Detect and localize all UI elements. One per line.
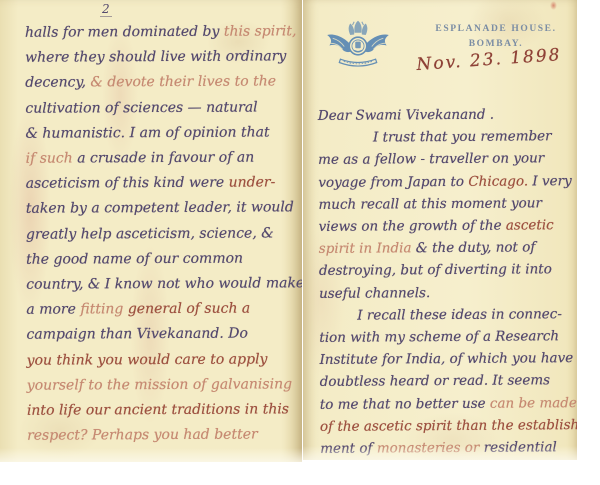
handwritten-line: Dear Swami Vivekanand . xyxy=(318,103,572,127)
handwriting-segment: campaign than Vivekanand. Do xyxy=(26,326,247,343)
handwriting-segment: cultivation of sciences — natural xyxy=(25,99,257,116)
winged-crest-icon xyxy=(325,13,391,79)
handwriting-segment: I trust that you remember xyxy=(373,128,552,145)
handwriting-segment: greatly help asceticism, science, & xyxy=(26,225,274,242)
handwriting-segment: to me that no better use xyxy=(320,395,490,412)
page-number: 2 xyxy=(100,2,112,17)
handwriting-segment: Dear Swami Vivekanand . xyxy=(318,107,494,124)
handwriting-segment: country, & I know not who would make xyxy=(26,275,302,292)
handwriting-segment: into life our ancient traditions in this xyxy=(27,401,289,418)
handwritten-line: decency, & devote their lives to the xyxy=(25,70,299,97)
handwriting-segment: where they should live with ordinary xyxy=(25,49,286,66)
handwriting-segment: taken by a competent leader, it would xyxy=(26,200,294,217)
handwriting-segment: yourself to the mission of galvanising xyxy=(27,376,292,393)
handwriting-segment: this spirit, xyxy=(224,23,297,39)
handwriting-segment: me as a fellow - traveller on your xyxy=(318,151,544,169)
handwritten-line: much recall at this moment your xyxy=(318,192,572,216)
handwriting-segment: under- xyxy=(229,175,276,191)
handwritten-line: if such a crusade in favour of an xyxy=(26,145,300,172)
handwriting-segment: of the ascetic spirit than the establish… xyxy=(320,417,577,435)
handwriting-segment: I recall these ideas in connec- xyxy=(357,306,562,323)
handwriting-segment: I very xyxy=(528,173,572,189)
handwritten-line: to me that no better use can be made xyxy=(320,392,574,416)
handwriting-segment: the good name of our common xyxy=(26,250,243,267)
handwriting-segment: asceticism of this kind were xyxy=(26,175,229,192)
handwritten-line: voyage from Japan to Chicago. I very xyxy=(318,170,572,194)
handwriting-segment: views on the growth of the xyxy=(319,218,506,235)
handwritten-line: of the ascetic spirit than the establish… xyxy=(320,414,574,438)
handwriting-segment: monasteries or xyxy=(377,440,484,457)
handwriting-segment: useful channels. xyxy=(319,285,430,302)
handwritten-line: greatly help asceticism, science, & xyxy=(26,221,300,248)
handwriting-segment: fitting xyxy=(80,301,128,317)
handwritten-line: country, & I know not who would make xyxy=(26,271,300,298)
letter-scan: 2 halls for men dominated by this spirit… xyxy=(0,0,600,485)
handwritten-line: the good name of our common xyxy=(26,246,300,273)
handwritten-line: respect? Perhaps you had better xyxy=(27,423,301,450)
handwriting-segment: can be made xyxy=(490,395,577,412)
handwritten-line: doubtless heard or read. It seems xyxy=(320,370,574,394)
letter-page-right: ESPLANADE HOUSE. BOMBAY. Nov. 23. 1898 D… xyxy=(303,0,577,460)
handwriting-segment: ment of xyxy=(320,441,377,457)
handwritten-line: cultivation of sciences — natural xyxy=(25,95,299,122)
handwriting-segment: you think you would care to apply xyxy=(27,351,268,368)
handwriting-segment: general of such a xyxy=(128,301,251,318)
page-left-handwriting: halls for men dominated by this spirit,w… xyxy=(25,19,301,449)
handwritten-line: you think you would care to apply xyxy=(27,347,301,374)
handwriting-segment: & devote their lives to the xyxy=(90,74,276,91)
handwritten-line: I trust that you remember xyxy=(318,125,572,149)
handwriting-segment: & humanistic. I am of opinion that xyxy=(25,124,269,141)
handwritten-line: destroying, but of diverting it into xyxy=(319,259,573,283)
letter-page-left: 2 halls for men dominated by this spirit… xyxy=(0,0,302,462)
page-right-handwriting: Dear Swami Vivekanand .I trust that you … xyxy=(318,103,574,460)
handwritten-line: asceticism of this kind were under- xyxy=(26,171,300,198)
handwriting-segment: doubtless heard or read. It seems xyxy=(320,373,550,391)
handwriting-segment: if such xyxy=(26,150,73,166)
handwriting-segment: destroying, but of diverting it into xyxy=(319,262,552,280)
handwriting-segment: a crusade in favour of an xyxy=(73,150,255,167)
handwritten-line: I recall these ideas in connec- xyxy=(319,303,573,327)
handwritten-line: yourself to the mission of galvanising xyxy=(27,372,301,399)
handwritten-line: taken by a competent leader, it would xyxy=(26,196,300,223)
handwriting-segment: respect? Perhaps you had better xyxy=(27,427,258,444)
handwriting-segment: halls for men dominated by xyxy=(25,24,224,41)
handwriting-segment: Institute for India, of which you have xyxy=(319,350,573,368)
handwriting-segment: & the duty, not of xyxy=(416,240,536,257)
handwritten-line: tion with my scheme of a Research xyxy=(319,325,573,349)
handwritten-line: halls for men dominated by this spirit, xyxy=(25,19,299,46)
handwriting-segment: tion with my scheme of a Research xyxy=(319,328,559,346)
handwriting-segment: ascetic xyxy=(506,217,554,233)
handwriting-segment: Chicago. xyxy=(468,173,528,189)
handwriting-segment: decency, xyxy=(25,75,90,91)
handwriting-segment: spirit in India xyxy=(319,240,416,257)
handwriting-segment: a more xyxy=(26,302,80,318)
handwritten-line: me as a fellow - traveller on your xyxy=(318,148,572,172)
handwritten-line: & humanistic. I am of opinion that xyxy=(25,120,299,147)
handwritten-line: Institute for India, of which you have xyxy=(319,347,573,371)
handwritten-line: spirit in India & the duty, not of xyxy=(319,236,573,260)
handwriting-segment: much recall at this moment your xyxy=(318,195,542,213)
red-ink-smudge xyxy=(550,1,557,10)
handwritten-line: views on the growth of the ascetic xyxy=(319,214,573,238)
handwritten-line: useful channels. xyxy=(319,281,573,305)
handwriting-segment: residential xyxy=(484,439,557,456)
letterhead-house-name: ESPLANADE HOUSE. xyxy=(421,22,571,37)
handwritten-line: into life our ancient traditions in this xyxy=(27,397,301,424)
handwritten-line: campaign than Vivekanand. Do xyxy=(26,322,300,349)
handwritten-line: a more fitting general of such a xyxy=(26,297,300,324)
handwritten-line: where they should live with ordinary xyxy=(25,44,299,71)
handwritten-line: ment of monasteries or residential xyxy=(320,436,574,460)
handwriting-segment: voyage from Japan to xyxy=(318,173,468,190)
